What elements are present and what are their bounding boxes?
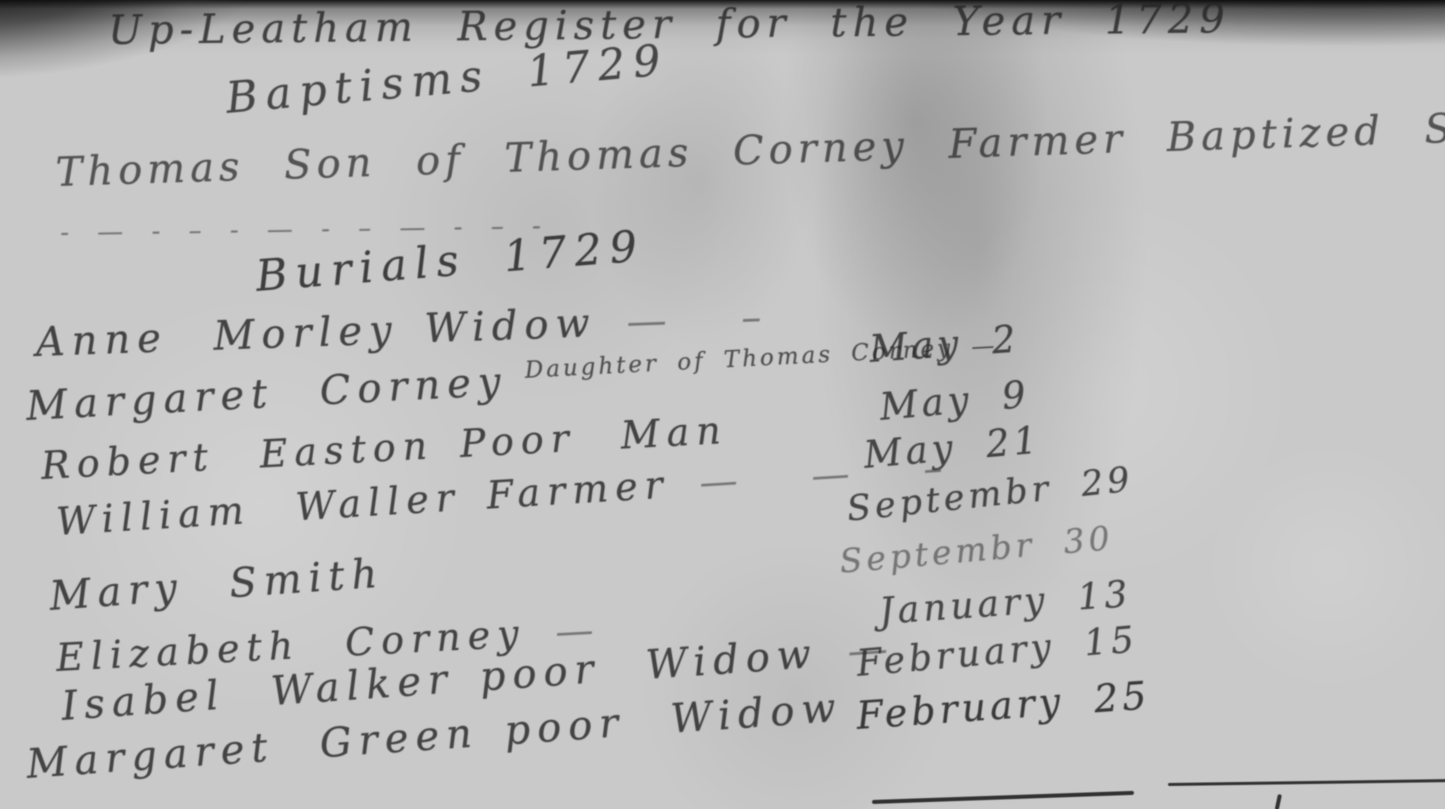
burial-role: Widow: [424, 300, 598, 352]
burial-role: Farmer: [485, 462, 671, 517]
register-page-scan: Up-Leatham Register for the Year 1729 Ba…: [0, 0, 1445, 809]
ink-rule-line: [872, 791, 1134, 804]
burial-name: Mary Smith: [48, 551, 386, 620]
burial-filler: — –: [626, 294, 780, 345]
burial-name: William Waller: [55, 475, 462, 544]
ink-rule-line: [1168, 779, 1445, 786]
burial-date: Septembr 30: [838, 518, 1115, 581]
burial-entry-name: Mary Smith: [48, 551, 386, 620]
burial-role: Poor Man: [459, 408, 729, 466]
burial-name: Margaret Corney: [25, 359, 509, 430]
partial-pen-stroke: [1275, 794, 1282, 809]
burial-date: February 25: [855, 673, 1152, 737]
burial-name: Robert Easton: [40, 423, 435, 488]
page-title: Up-Leatham Register for the Year 1729: [108, 0, 1231, 54]
burial-name: Anne Morley: [35, 307, 399, 366]
